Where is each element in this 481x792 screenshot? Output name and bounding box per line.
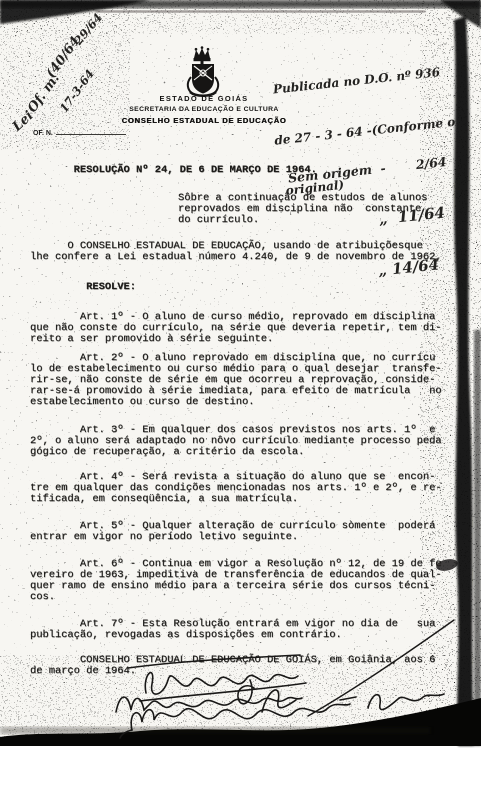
article-3: Art. 3º - Em qualquer dos casos previsto…: [30, 425, 442, 458]
office-number-field: OF. N.: [33, 127, 126, 137]
resolution-title: RESOLUÇÃO Nº 24, DE 6 DE MARÇO DE 1964.: [30, 165, 317, 176]
scanned-resolution-page: ESTADO DE GOIÁS SECRETARIA DA EDUCAÇÃO E…: [0, 0, 481, 792]
closing-dateline: CONSELHO ESTADUAL DE EDUCAÇÃO DE GOIÁS, …: [30, 655, 435, 677]
letterhead-council: CONSELHO ESTADUAL DE EDUCAÇÃO: [118, 116, 290, 125]
handwritten-line: „ 14/64: [377, 254, 458, 279]
article-6: Art. 6º - Continua em vigor a Resolução …: [30, 559, 442, 603]
resolve-word: RESOLVE:: [30, 282, 136, 293]
article-2: Art. 2º - O aluno reprovado em disciplin…: [30, 353, 442, 408]
article-1: Art. 1º - O aluno de curso médio, reprov…: [30, 312, 442, 345]
article-5: Art. 5º - Qualquer alteração de currícul…: [30, 521, 435, 543]
article-7: Art. 7º - Esta Resolução entrará em vigo…: [30, 619, 435, 641]
handwritten-line: „ 11/64: [378, 204, 453, 229]
handwritten-note-origin: Sem origem - 2/64 „ 11/64 „ 14/64: [284, 119, 462, 322]
article-4: Art. 4º - Será revista a situação do alu…: [30, 472, 442, 505]
letterhead: ESTADO DE GOIÁS SECRETARIA DA EDUCAÇÃO E…: [118, 94, 290, 125]
handwritten-line: Sem origem - 2/64: [287, 153, 447, 187]
office-number-label: OF. N.: [33, 130, 53, 137]
letterhead-secretariat: SECRETARIA DA EDUCAÇÃO E CULTURA: [118, 106, 290, 113]
office-number-blank-line: [56, 127, 126, 135]
handwritten-line: Publicada no D.O. nº 936: [272, 63, 451, 98]
letterhead-state: ESTADO DE GOIÁS: [118, 94, 290, 103]
